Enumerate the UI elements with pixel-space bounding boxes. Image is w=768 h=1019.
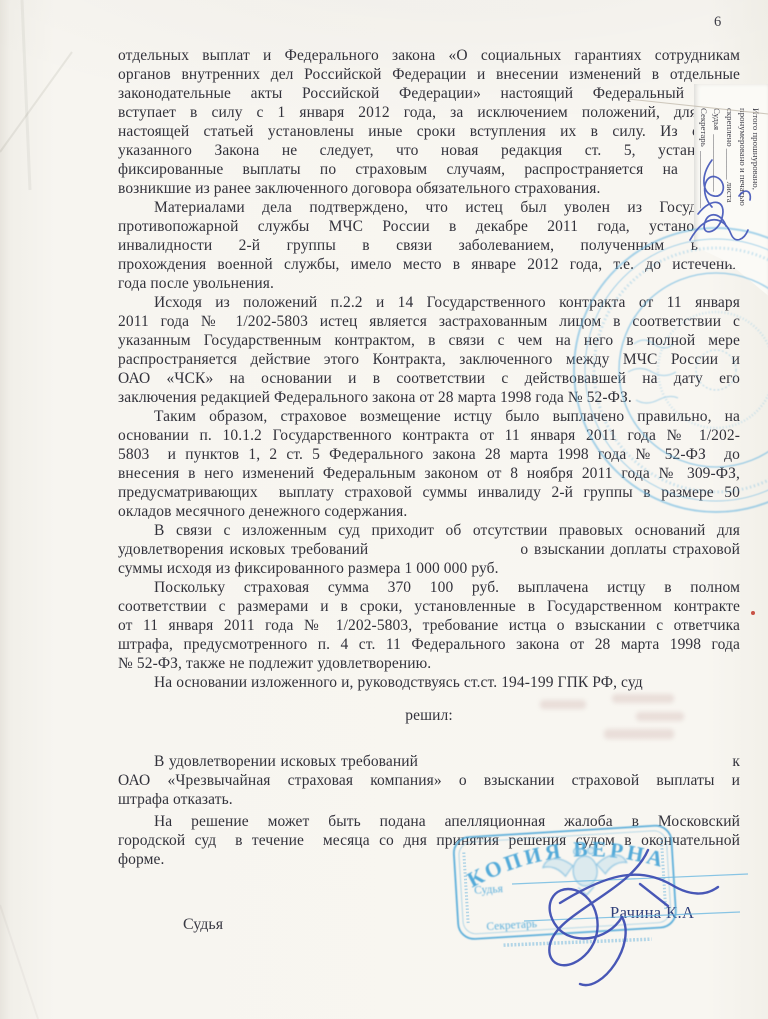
binding-strip-line: Секретарь _____________ [697,108,710,258]
text-line: прохождения военной службы, имело место … [118,255,740,274]
text-line: отдельных выплат и Федерального закона «… [118,46,740,65]
text-line: ОАО «Чрезвычайная страховая компания» о … [118,771,740,790]
text-line: указанным Государственным контрактом, в … [118,331,740,350]
paragraph: На основании изложенного и, руководствуя… [118,673,740,692]
text-line: удовлетворения исковых требований о взыс… [118,540,740,559]
paragraph: Таким образом, страховое возмещение истц… [118,407,740,521]
text-line: штрафа, предусмотренного п. 4 ст. 11 Фед… [118,635,740,654]
text-line: 5803 и пунктов 1, 2 ст. 5 Федерального з… [118,445,740,464]
text-line: соответствии с размерами и в сроки, уста… [118,597,740,616]
paragraph: отдельных выплат и Федерального закона «… [118,46,740,198]
text-line: В связи с изложенным суд приходит об отс… [118,521,740,540]
text-line: форме. [118,850,740,869]
paragraph: Материалами дела подтверждено, что истец… [118,198,740,293]
text-line: от 11 января 2011 года № 1/202-5803, тре… [118,616,740,635]
text-line: № 52-ФЗ, также не подлежит удовлетворени… [118,654,740,673]
binding-strip-line: пронумеровано и печатью [736,108,749,258]
page-number: 6 [714,14,721,31]
text-line: инвалидности 2-й группы в связи заболева… [118,236,740,255]
text-line: указанного Закона не следует, что новая … [118,141,740,160]
text-line: настоящей статьей установлены иные сроки… [118,122,740,141]
text-line: ОАО «ЧСК» на основании и в соответствии … [118,369,740,388]
text-line: В удовлетворении исковых требований к [118,752,740,771]
text-line: суммы исходя из фиксированного размера 1… [118,559,740,578]
text-line: распространяется действие этого Контракт… [118,350,740,369]
paragraph: В связи с изложенным суд приходит об отс… [118,521,740,578]
judge-signature-label: Судья [183,916,223,934]
text-line: окладов месячного денежного содержания. [118,502,740,521]
paragraph: В удовлетворении исковых требований кОАО… [118,752,740,809]
text-line: Исходя из положений п.2.2 и 14 Государст… [118,293,740,312]
text-line: На основании изложенного и, руководствуя… [118,673,740,692]
text-line: возникшие из ранее заключенного договора… [118,179,740,198]
text-line: вступает в силу с 1 января 2012 года, за… [118,103,740,122]
paragraph: решил: [118,706,740,725]
paragraph: Поскольку страховая сумма 370 100 руб. в… [118,578,740,673]
scanned-court-decision-page: 6 отдельных выплат и Федерального закона… [0,0,768,1019]
text-line: противопожарной службы МЧС России в дека… [118,217,740,236]
copy-stamp-secretary-label: Секретарь [486,918,537,933]
text-line: Поскольку страховая сумма 370 100 руб. в… [118,578,740,597]
decision-text-block: отдельных выплат и Федерального закона «… [118,46,740,869]
binding-strip-line: скреплено _______ листа [723,108,736,258]
text-line: заключения редакцией Федерального закона… [118,388,740,407]
text-line: фиксированные выплаты по страховым случа… [118,160,740,179]
text-line: основании п. 10.1.2 Государственного кон… [118,426,740,445]
copy-stamp-judge-label: Судья [474,883,504,897]
text-line: штрафа отказать. [118,790,740,809]
text-line: 2011 года № 1/202-5803 истец является за… [118,312,740,331]
binding-strip-line: Итого прошнуровано, [749,108,762,258]
text-line: органов внутренних дел Российской Федера… [118,65,740,84]
text-line: Материалами дела подтверждено, что истец… [118,198,740,217]
text-line: года после увольнения. [118,274,740,293]
text-line: На решение может быть подана апелляционн… [118,812,740,831]
judge-name: Рачина К.А [610,903,694,923]
text-line: законодательные акты Российской Федераци… [118,84,740,103]
text-line: предусматривающих выплату страховой сумм… [118,483,740,502]
text-line: Таким образом, страховое возмещение истц… [118,407,740,426]
binding-strip-note: Итого прошнуровано,пронумеровано и печат… [697,108,762,258]
red-dot-mark [751,611,755,615]
paragraph: На решение может быть подана апелляционн… [118,812,740,869]
text-line: городской суд в течение месяца со дня пр… [118,831,740,850]
binding-strip-line: Судья _____________ [710,108,723,258]
text-line: решил: [118,706,740,725]
paragraph: Исходя из положений п.2.2 и 14 Государст… [118,293,740,407]
text-line: внесения в него изменений Федеральным за… [118,464,740,483]
